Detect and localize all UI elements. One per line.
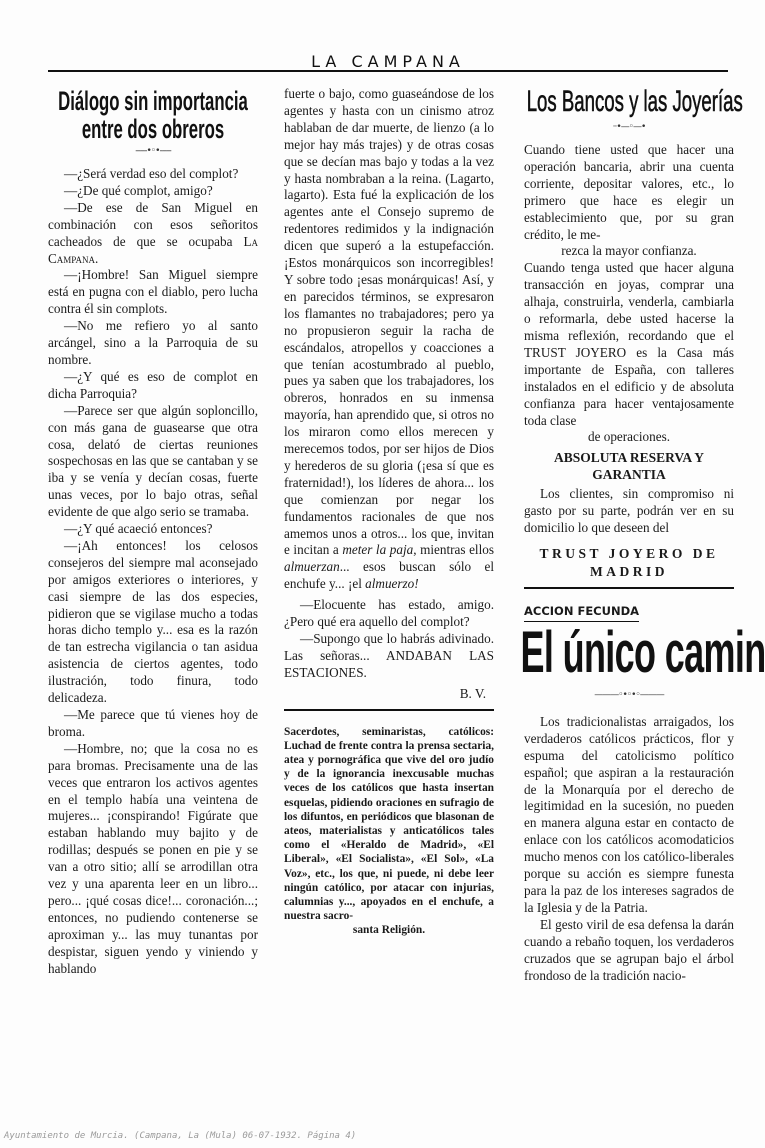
paragraph: —¿Será verdad eso del complot? — [48, 166, 258, 183]
column-dialogo: Diálogo sin importancia entre dos obrero… — [48, 86, 258, 978]
ornament-divider: ··•—◦—• — [524, 122, 734, 132]
ad-paragraph: Cuando tiene usted que hacer una operaci… — [524, 142, 734, 243]
ad-paragraph-last: rezca la mayor confianza. — [524, 243, 734, 260]
paragraph: —De ese de San Miguel en combinación con… — [48, 200, 258, 268]
italic-phrase: meter la paja — [342, 542, 413, 557]
paragraph-text: , mientras ellos — [413, 542, 494, 557]
archive-footer: Ayuntamiento de Murcia. (Campana, La (Mu… — [4, 1131, 356, 1141]
paragraph: —Hombre, no; que la cosa no es para brom… — [48, 741, 258, 978]
newspaper-page: LA CAMPANA Diálogo sin importancia entre… — [0, 0, 765, 1148]
notice-text: Sacerdotes, seminaristas, católicos: Luc… — [284, 726, 494, 923]
paragraph-text: fuerte o bajo, como guaseándose de los a… — [284, 86, 494, 557]
ad-paragraph: Cuando tenga usted que hacer alguna tran… — [524, 260, 734, 429]
ad-headline: Los Bancos y las Joyerías — [527, 86, 732, 118]
ad-paragraph-last: de operaciones. — [524, 429, 734, 446]
masthead-title: LA CAMPANA — [48, 52, 728, 71]
paragraph: —¡Hombre! San Miguel siempre está en pug… — [48, 267, 258, 318]
divider-rule — [284, 709, 494, 711]
article-headline-line2: entre dos obreros — [51, 116, 256, 142]
paragraph: El gesto viril de esa defensa la darán c… — [524, 917, 734, 985]
italic-phrase: almuerzan — [284, 559, 340, 574]
paragraph: —Elocuente has estado, amigo. ¿Pero qué … — [284, 597, 494, 631]
notice-text-last: santa Religión. — [284, 923, 494, 937]
divider-rule — [524, 587, 734, 589]
paragraph: —No me refiero yo al santo arcángel, sin… — [48, 318, 258, 369]
masthead-rule — [48, 70, 728, 72]
column-right: Los Bancos y las Joyerías ··•—◦—• Cuando… — [524, 86, 734, 984]
article-headline: El único camino — [521, 626, 738, 680]
ornament-divider: -----•◦•----- — [48, 146, 258, 156]
ornament-divider: ———◦•◦•◦——— — [524, 690, 734, 700]
paragraph: —¿Y qué acaeció entonces? — [48, 521, 258, 538]
ad-brand: TRUST JOYERO DE MADRID — [524, 545, 734, 581]
paragraph: —Supongo que lo habrás adivinado. Las se… — [284, 631, 494, 682]
italic-phrase: almuerzo! — [365, 576, 418, 591]
column-continuation: fuerte o bajo, como guaseándose de los a… — [284, 86, 494, 938]
paragraph-text: —De ese de San Miguel en combinación con… — [48, 200, 258, 249]
paragraph: —Me parece que tú vienes hoy de broma. — [48, 707, 258, 741]
paragraph: Los tradicionalistas arraigados, los ver… — [524, 714, 734, 917]
ad-paragraph: Los clientes, sin compromiso ni gasto po… — [524, 486, 734, 537]
ad-subhead: ABSOLUTA RESERVA Y GARANTIA — [524, 449, 734, 483]
paragraph: —¿De qué complot, amigo? — [48, 183, 258, 200]
paragraph: —Parece ser que algún soploncillo, con m… — [48, 403, 258, 521]
paragraph: —¡Ah entonces! los celosos consejeros de… — [48, 538, 258, 707]
signature: B. V. — [284, 686, 486, 703]
paragraph: fuerte o bajo, como guaseándose de los a… — [284, 86, 494, 593]
paragraph: —¿Y qué es eso de complot en dicha Parro… — [48, 369, 258, 403]
notice-box: Sacerdotes, seminaristas, católicos: Luc… — [284, 725, 494, 938]
article-headline-line1: Diálogo sin importancia — [51, 88, 256, 114]
